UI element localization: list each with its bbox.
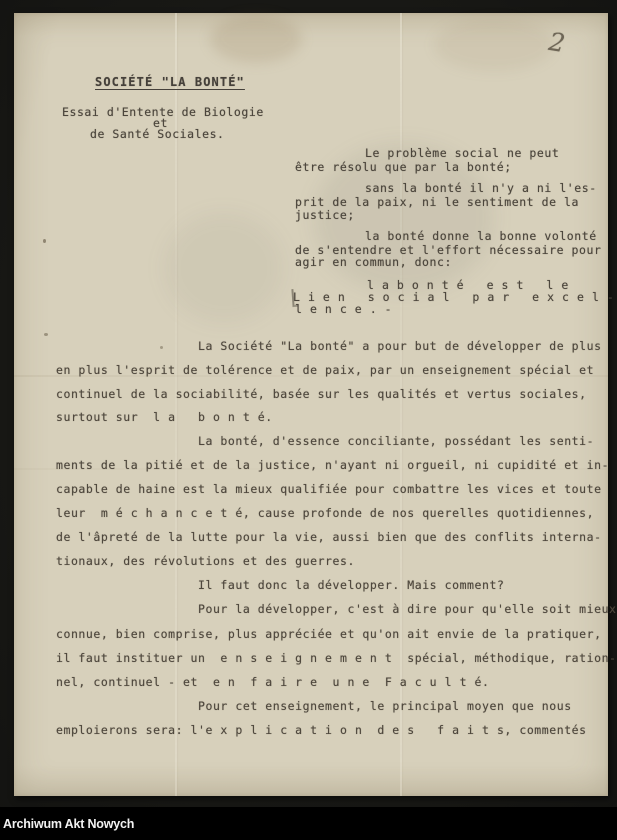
body-line: nel, continuel - et e n f a i r e u n e … — [56, 676, 489, 688]
document-title: SOCIÉTÉ "LA BONTÉ" — [95, 76, 245, 88]
speck — [43, 239, 46, 243]
body-line: surtout sur l a b o n t é. — [56, 411, 273, 423]
body-line: continuel de la sociabilité, basée sur l… — [56, 388, 587, 400]
watermark-bar: Archiwum Akt Nowych — [0, 807, 617, 840]
quote-line: sans la bonté il n'y a ni l'es- — [365, 182, 597, 194]
quote-line: prit de la paix, ni le sentiment de la — [295, 196, 579, 208]
body-line: tionaux, des révolutions et des guerres. — [56, 555, 355, 567]
speck — [44, 333, 48, 336]
quote-line: Le problème social ne peut — [365, 147, 559, 159]
quote-line: être résolu que par la bonté; — [295, 161, 512, 173]
body-line: Pour cet enseignement, le principal moye… — [198, 700, 572, 712]
body-line: de l'âpreté de la lutte pour la vie, aus… — [56, 531, 602, 543]
stain — [434, 19, 554, 71]
quote-line: la bonté donne la bonne volonté — [365, 230, 597, 242]
body-line: ments de la pitié et de la justice, n'ay… — [56, 459, 609, 471]
stain — [210, 15, 302, 63]
body-line: emploierons sera: l'e x p l i c a t i o … — [56, 724, 587, 736]
speck — [160, 346, 163, 349]
subtitle-line: de Santé Sociales. — [90, 128, 225, 140]
quote-line: l e n c e . - — [295, 303, 392, 315]
body-line: leur m é c h a n c e t é, cause profonde… — [56, 507, 594, 519]
quote-line: justice; — [295, 209, 355, 221]
page-number-annotation: 2 — [547, 27, 567, 58]
body-line: Pour la développer, c'est à dire pour qu… — [198, 603, 617, 615]
quote-line: agir en commun, donc: — [295, 256, 452, 268]
document-page: 2 SOCIÉTÉ "LA BONTÉ" Essai d'Entente de … — [14, 13, 608, 796]
show-through-smudge — [164, 213, 284, 323]
body-line: La Société "La bonté" a pour but de déve… — [198, 340, 602, 352]
scan-background: 2 SOCIÉTÉ "LA BONTÉ" Essai d'Entente de … — [0, 0, 617, 840]
body-line: Il faut donc la développer. Mais comment… — [198, 579, 504, 591]
watermark-label: Archiwum Akt Nowych — [0, 817, 134, 831]
body-line: en plus l'esprit de tolérence et de paix… — [56, 364, 594, 376]
body-line: capable de haine est la mieux qualifiée … — [56, 483, 602, 495]
body-line: La bonté, d'essence conciliante, posséda… — [198, 435, 594, 447]
body-line: connue, bien comprise, plus appréciée et… — [56, 628, 602, 640]
body-line: il faut instituer un e n s e i g n e m e… — [56, 652, 617, 664]
